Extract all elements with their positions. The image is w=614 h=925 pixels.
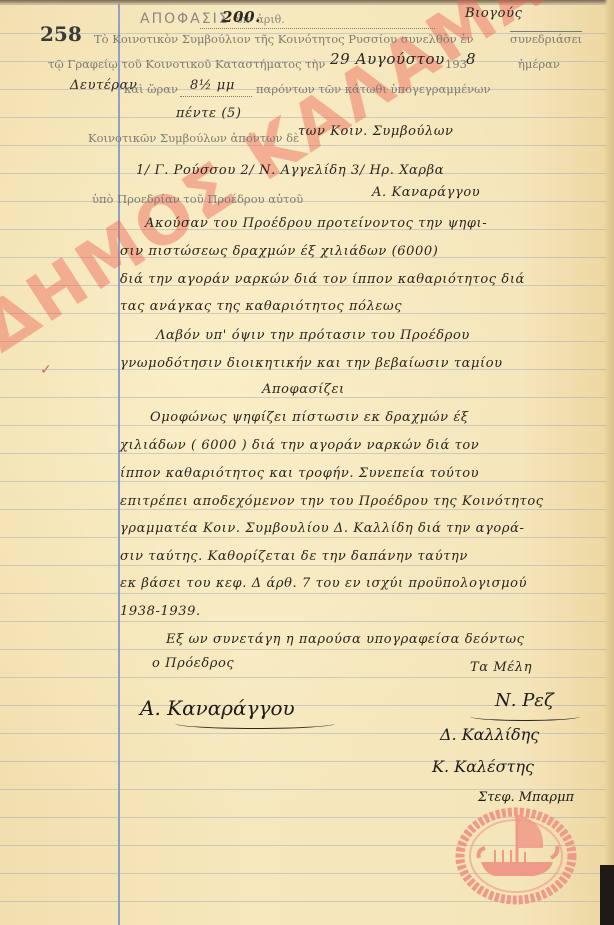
president-signature-flourish <box>175 718 335 729</box>
printed-hour-label: καὶ ὥραν <box>124 82 178 96</box>
member-signature-4: Στεφ. Μπαρμπ <box>478 790 574 805</box>
body-line-1: Ακούσαν του Προέδρου προτείνοντος την ψη… <box>145 216 487 231</box>
printed-presiding-label: ὑπὸ Προεδρίαν τοῦ Προέδρου αὐτοῦ <box>92 192 303 206</box>
body-line-15: 1938-1939. <box>120 604 201 619</box>
body-line-6: γνωμοδότησιν διοικητικήν και την βεβαίωσ… <box>120 356 503 371</box>
decision-topic: Βιογούς <box>465 6 522 21</box>
body-line-10: ίππον καθαριότητος και τροφήν. Συνεπεία … <box>120 466 479 481</box>
body-line-11: επιτρέπει αποδεχόμενον την του Προέδρου … <box>120 494 544 509</box>
check-mark-icon: ✓ <box>40 362 52 378</box>
president-label: ο Πρόεδρος <box>152 656 234 671</box>
page-number: 258 <box>40 22 82 46</box>
printed-day-label: ἡμέραν <box>518 57 560 71</box>
body-line-3: διά την αγοράν ναρκών διά τον ίππον καθα… <box>120 272 525 287</box>
body-line-5: Λαβόν υπ' όψιν την πρότασιν του Προέδρου <box>156 328 470 343</box>
absent-members-list: 1/ Γ. Ρούσσου 2/ Ν. Αγγελίδη 3/ Ηρ. Χαρβ… <box>136 163 444 178</box>
president-signature: Α. Καναράγγου <box>140 696 295 720</box>
meeting-time: 8½ μμ <box>190 78 235 93</box>
decides-heading: Αποφασίζει <box>262 382 345 397</box>
scanned-document-page: ΔΗΜΟΣ ΚΑΛΑΜΑΡΙΑΣ 258 ΑΠΟΦΑΣΙΣ ὑπ' ἀριθ. … <box>0 0 614 925</box>
body-line-9: χιλιάδων ( 6000 ) διά την αγοράν ναρκών … <box>120 438 479 453</box>
meeting-time-line <box>180 96 252 97</box>
page-right-edge <box>604 0 614 925</box>
absent-handwritten: των Κοιν. Συμβούλων <box>298 124 454 139</box>
body-line-14: εκ βάσει του κεφ. Δ άρθ. 7 του εν ισχύι … <box>120 576 527 591</box>
closing-line: Εξ ων συνετάγη η παρούσα υπογραφείσα δεό… <box>166 632 525 647</box>
body-line-4: τας ανάγκας της καθαριότητος πόλεως <box>120 299 402 314</box>
printed-year-prefix: 193 <box>445 57 467 71</box>
decision-number-line <box>200 28 435 29</box>
presiding-president-name: Α. Καναράγγου <box>372 185 480 200</box>
printed-session-word: συνεδριάσει <box>510 32 582 46</box>
presiding-text: ὑπὸ Προεδρίαν τοῦ Προέδρου αὐτοῦ <box>92 192 303 206</box>
body-line-2: σιν πιστώσεως δραχμών έξ χιλιάδων (6000) <box>120 244 438 259</box>
printed-intro-line-2: τῷ Γραφείῳ τοῦ Κοινοτικοῦ Καταστήματος τ… <box>48 57 325 71</box>
decision-number: 200. <box>222 8 261 26</box>
ancient-ship-emblem-icon <box>455 800 577 908</box>
member-signature-3: Κ. Καλέστης <box>432 757 534 776</box>
printed-absent-label: Κοινοτικῶν Συμβούλων ἀπόντων δὲ <box>88 131 299 145</box>
printed-present-label: παρόντων τῶν κάτωθι ὑπογεγραμμένων <box>256 82 491 96</box>
heading-title: ΑΠΟΦΑΣΙΣ <box>140 11 230 27</box>
document-heading: ΑΠΟΦΑΣΙΣ ὑπ' ἀριθ. <box>140 11 285 27</box>
member-signature-1-flourish <box>470 712 580 721</box>
member-signature-2: Δ. Καλλίδης <box>440 725 539 744</box>
printed-intro-line-1: Τὸ Κοινοτικὸν Συμβούλιον τῆς Κοινότητος … <box>94 32 474 46</box>
present-count: πέντε (5) <box>176 106 242 121</box>
scan-background-corner <box>600 865 614 925</box>
member-signature-1: Ν. Ρεζ <box>495 690 554 711</box>
meeting-date: 29 Αυγούστου <box>330 50 445 68</box>
members-label: Τα Μέλη <box>470 660 532 675</box>
body-line-8: Ομοφώνως ψηφίζει πίστωσιν εκ δραχμών έξ <box>150 410 469 425</box>
body-line-12: γραμματέα Κοιν. Συμβουλίου Δ. Καλλίδη δι… <box>120 521 524 536</box>
body-line-13: σιν ταύτης. Καθορίζεται δε την δαπάνην τ… <box>120 549 468 564</box>
year-digit: 8 <box>466 50 476 68</box>
